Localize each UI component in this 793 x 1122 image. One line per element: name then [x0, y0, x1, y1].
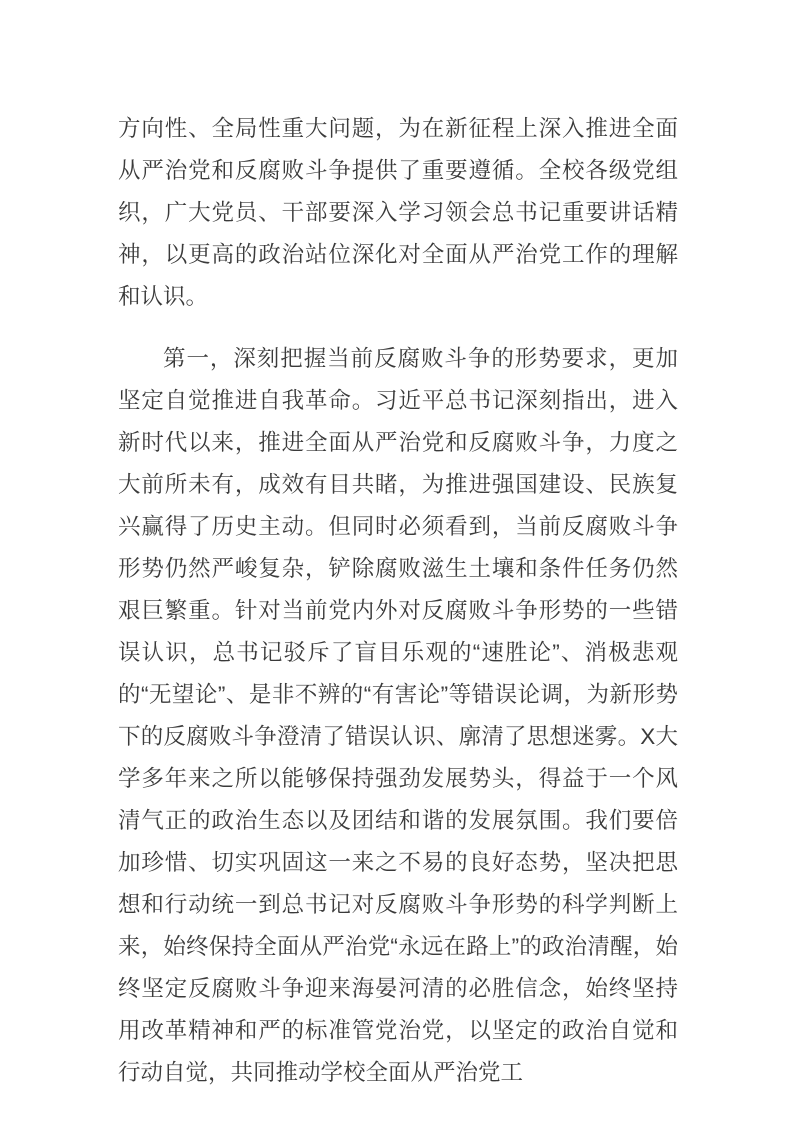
paragraph-continuation: 方向性、全局性重大问题，为在新征程上深入推进全面从严治党和反腐败斗争提供了重要遵…: [118, 108, 678, 318]
paragraph-first-point: 第一，深刻把握当前反腐败斗争的形势要求，更加坚定自觉推进自我革命。习近平总书记深…: [118, 338, 678, 1094]
document-page: 方向性、全局性重大问题，为在新征程上深入推进全面从严治党和反腐败斗争提供了重要遵…: [0, 0, 793, 1122]
